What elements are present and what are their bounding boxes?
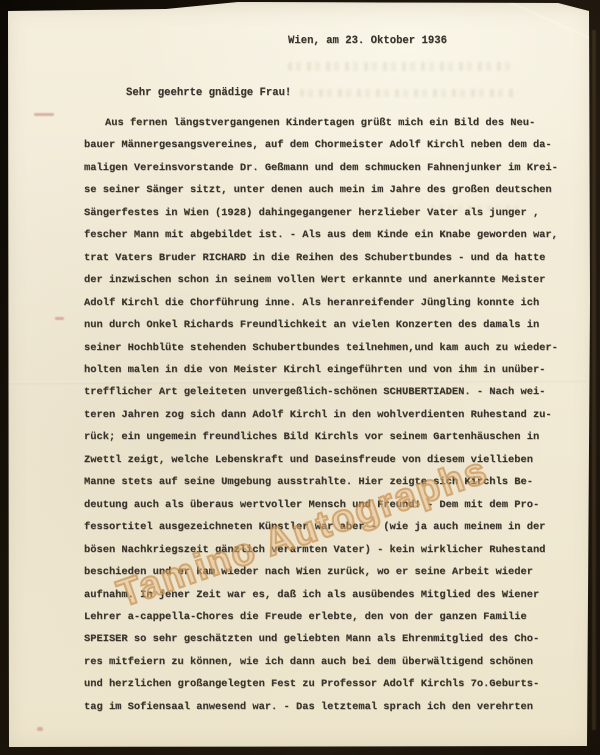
letter-body: Aus fernen längstvergangenen Kindertagen… [84, 112, 558, 718]
corner-crease [497, 0, 600, 47]
letter-line: SPEISER so sehr geschätzten und geliebte… [84, 628, 558, 650]
letter-date: Wien, am 23. Oktober 1936 [288, 35, 447, 47]
letter-line: bauer Männergesangsvereines, auf dem Cho… [84, 134, 558, 156]
letter-line: maligen Vereinsvorstande Dr. Geßmann und… [84, 157, 558, 179]
letter-page: Wien, am 23. Oktober 1936 Sehr geehrte g… [0, 0, 600, 755]
foxing-speck [34, 113, 54, 116]
letter-line: rück; ein ungemein freundliches Bild Kir… [84, 426, 558, 448]
letter-line: trat Vaters Bruder RICHARD in die Reihen… [84, 247, 558, 269]
under-sheet-edge [592, 30, 596, 730]
letter-line: Aus fernen längstvergangenen Kindertagen… [84, 112, 558, 134]
foxing-speck [55, 317, 64, 320]
letter-line: holten malen in die von Meister Kirchl e… [84, 359, 558, 381]
letter-line: teren Jahren zog sich dann Adolf Kirchl … [84, 404, 558, 426]
letter-line: und herzlichen großangelegten Fest zu Pr… [84, 673, 558, 695]
ink-bleed-through [288, 62, 510, 71]
letter-line: Lehrer a-cappella-Chores die Freude erle… [84, 606, 558, 628]
ink-bleed-through [300, 89, 518, 97]
letter-line: res mitfeiern zu können, wie ich dann au… [84, 651, 558, 673]
letter-line: seiner Hochblüte stehenden Schubertbunde… [84, 337, 558, 359]
letter-line: nun durch Onkel Richards Freundlichkeit … [84, 314, 558, 336]
foxing-speck [37, 727, 43, 731]
scan-dark-mat: Wien, am 23. Oktober 1936 Sehr geehrte g… [0, 0, 600, 755]
letter-line: Adolf Kirchl die Chorführung inne. Als h… [84, 292, 558, 314]
letter-line: tag im Sofiensaal anwesend war. - Das le… [84, 696, 558, 718]
letter-line: trefflicher Art geleiteten unvergeßlich-… [84, 381, 558, 403]
letter-line: se seiner Sänger sitzt, unter denen auch… [84, 179, 558, 201]
letter-line: Sängerfestes in Wien (1928) dahingegange… [84, 202, 558, 224]
letter-line: der inzwischen schon in seinem vollen We… [84, 269, 558, 291]
letter-line: fescher Mann mit abgebildet ist. - Als a… [84, 224, 558, 246]
letter-salutation: Sehr geehrte gnädige Frau! [126, 87, 291, 99]
